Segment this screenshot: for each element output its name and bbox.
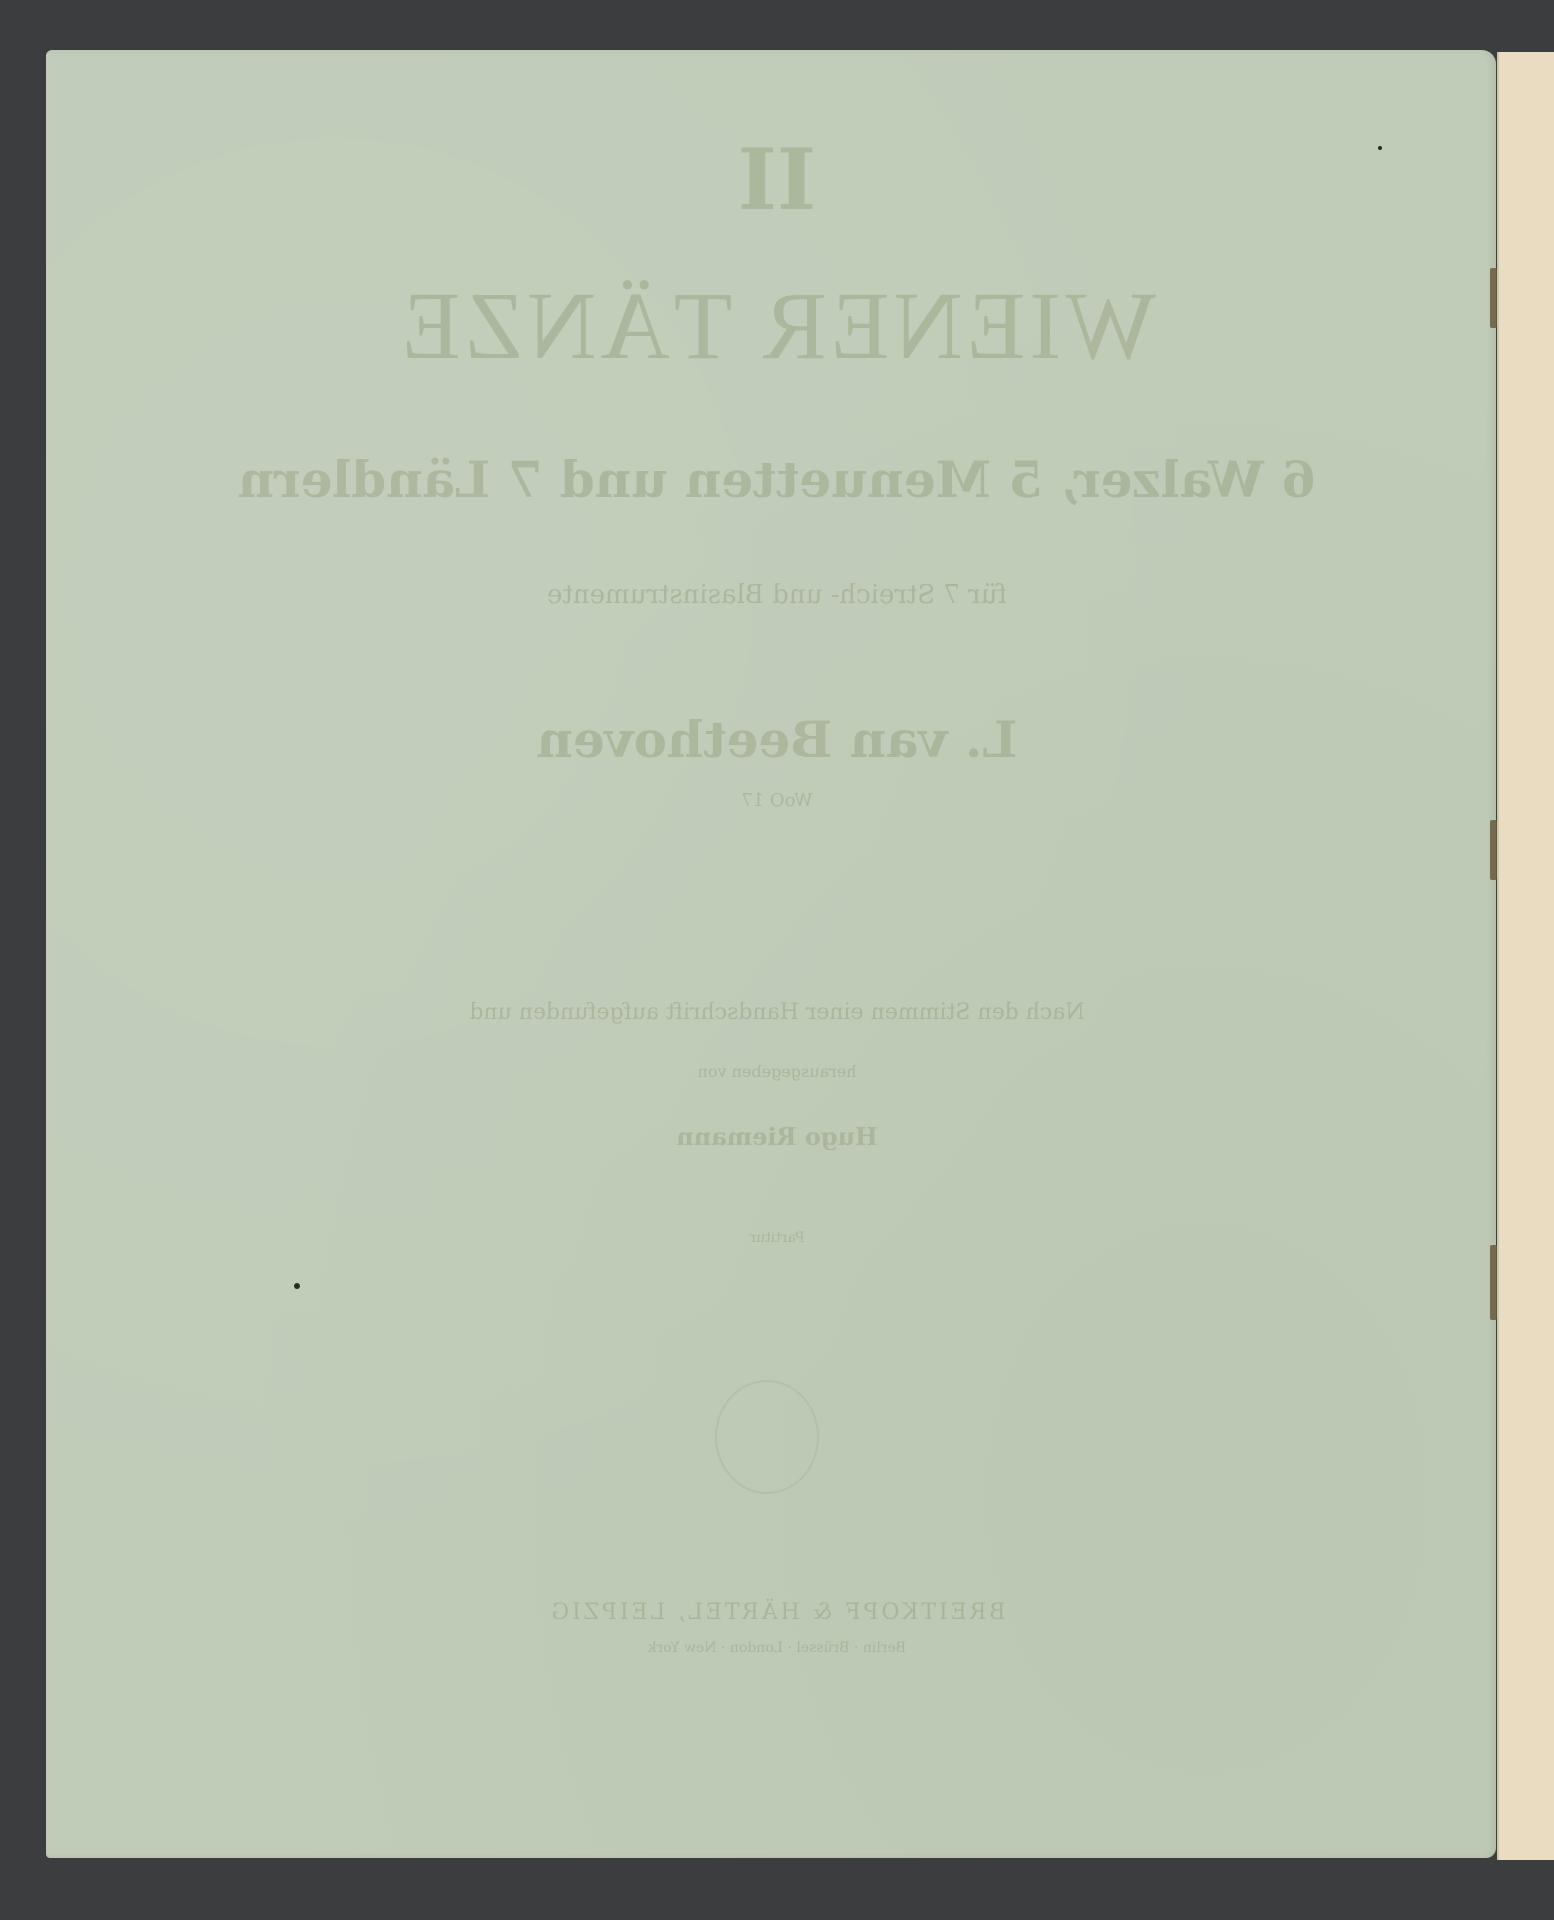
show-through-price: Partitur: [0, 1230, 1554, 1246]
show-through-edited-by: herausgegeben von: [0, 1062, 1554, 1081]
show-through-title: WIENER TÄNZE: [0, 270, 1554, 381]
show-through-subtitle: 6 Walzer, 5 Menuetten und 7 Ländlern: [0, 450, 1554, 509]
show-through-instrumentation: für 7 Streich- und Blasinstrumente: [0, 580, 1554, 610]
show-through-composer: L. van Beethoven: [0, 710, 1554, 769]
show-through-publisher: BREITKOPF & HÄRTEL, LEIPZIG: [0, 1600, 1554, 1625]
show-through-note: Nach den Stimmen einer Handschrift aufge…: [0, 1000, 1554, 1025]
show-through-number: II: [0, 130, 1554, 229]
paper-speck: [294, 1283, 300, 1289]
show-through-place: Berlin · Brüssel · London · New York: [0, 1640, 1554, 1656]
show-through-editor: Hugo Riemann: [0, 1122, 1554, 1151]
binding-staple: [1490, 1245, 1497, 1320]
publisher-emblem-icon: [715, 1380, 819, 1494]
binding-staple: [1490, 820, 1497, 880]
paper-speck: [1378, 146, 1382, 150]
show-through-catalogue: WoO 17: [0, 790, 1554, 811]
